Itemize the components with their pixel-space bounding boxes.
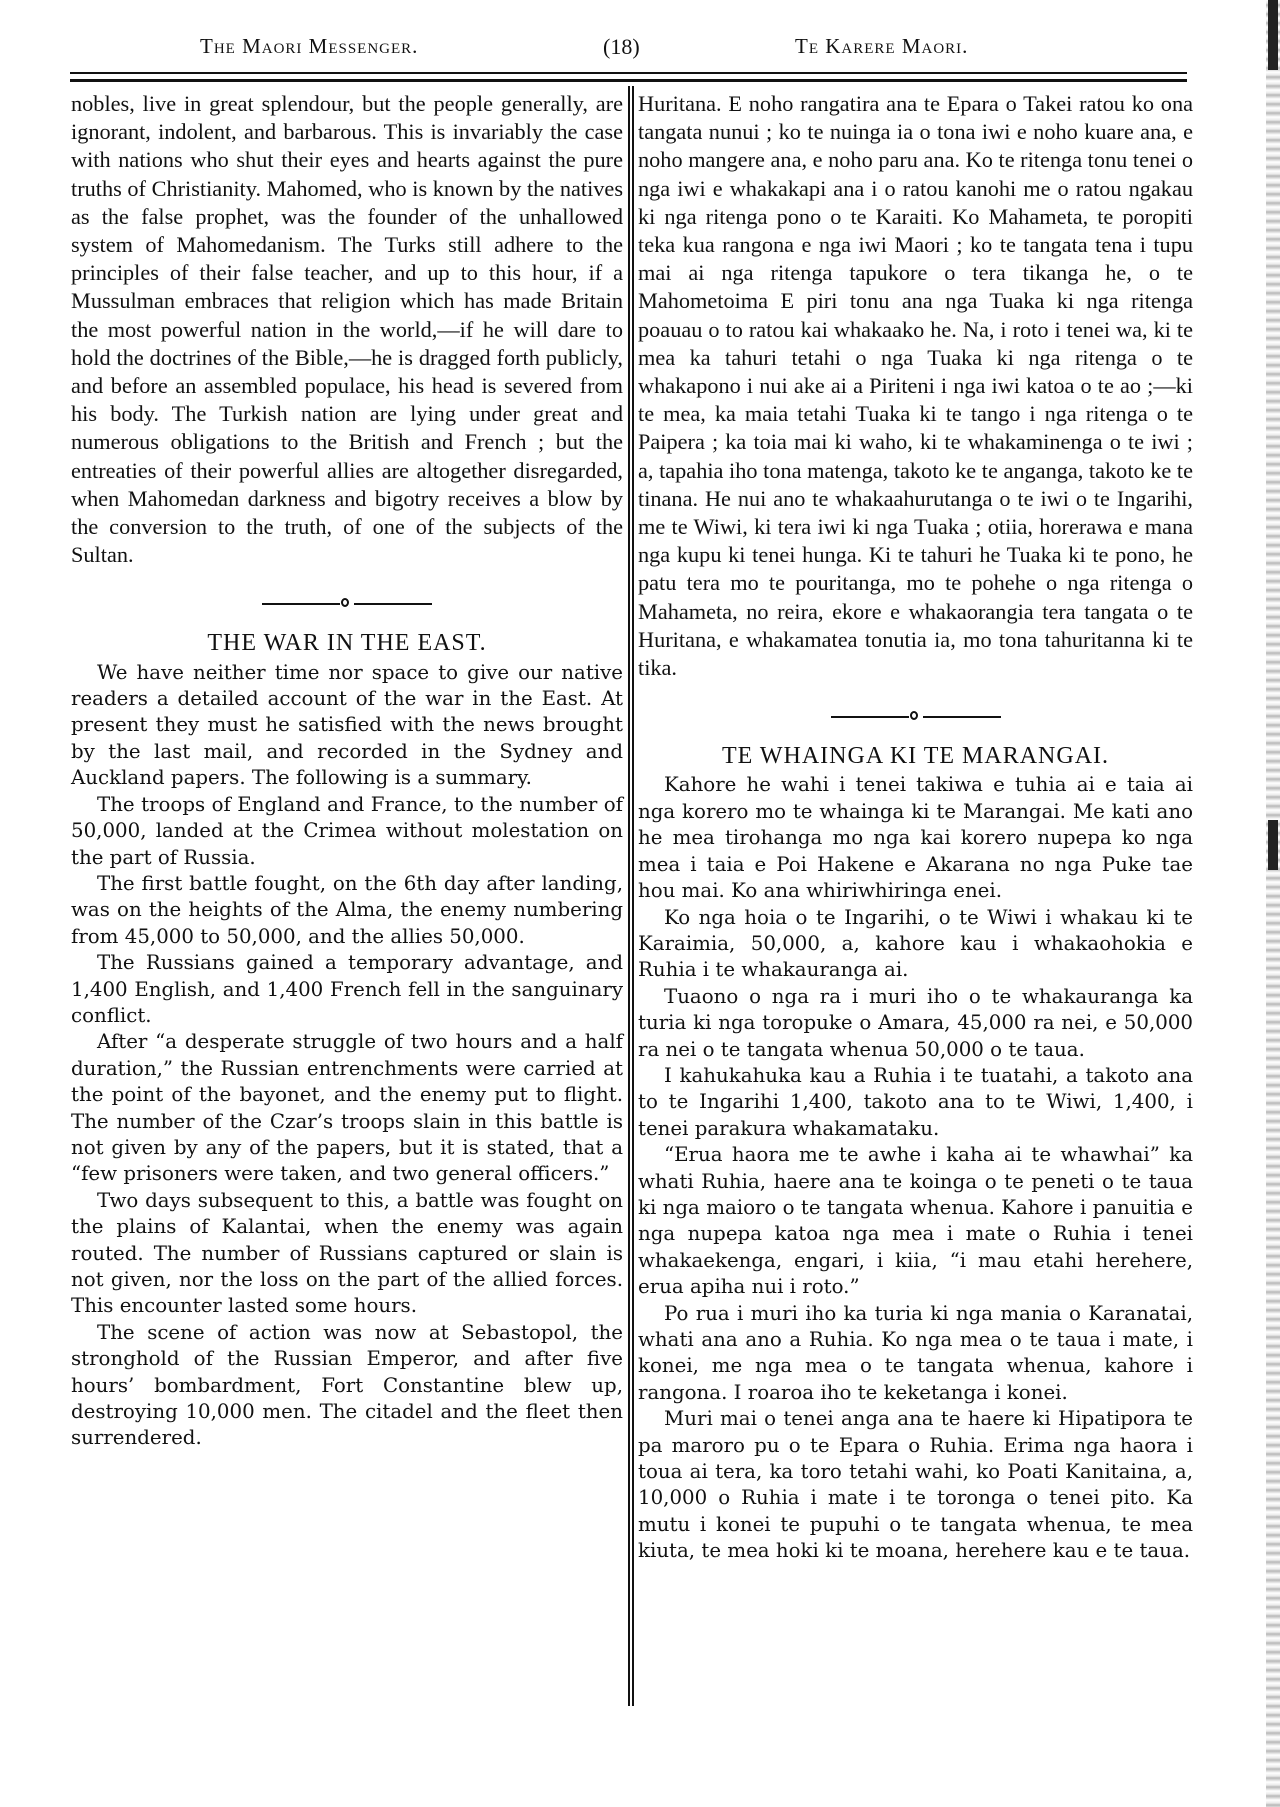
article-paragraph: We have neither time nor space to give o… (71, 660, 623, 792)
ornament-line-icon (831, 716, 909, 718)
scan-page-edge (1266, 0, 1280, 1807)
ornament-circle-icon (341, 598, 349, 607)
masthead-english: The Maori Messenger. (200, 34, 418, 59)
scan-edge-shadow (1268, 820, 1278, 870)
article-paragraph: After “a desperate struggle of two hours… (71, 1029, 623, 1187)
maori-column: Huritana. E noho rangatira ana te Epara … (638, 90, 1193, 1565)
article-paragraph: Two days subsequent to this, a battle wa… (71, 1188, 623, 1320)
ornament-line-icon (923, 716, 1001, 718)
header-rule-thin (70, 72, 1187, 74)
page-number: (18) (603, 34, 640, 60)
article-paragraph: The scene of action was now at Sebastopo… (71, 1320, 623, 1452)
column-divider (628, 86, 634, 1706)
article-paragraph: The first battle fought, on the 6th day … (71, 871, 623, 950)
masthead-maori: Te Karere Maori. (795, 34, 968, 59)
header-rule-thick (70, 79, 1187, 82)
section-title: THE WAR IN THE EAST. (71, 629, 623, 657)
article-paragraph: Po rua i muri iho ka turia ki nga mania … (638, 1301, 1193, 1407)
article-body: We have neither time nor space to give o… (71, 660, 623, 1452)
page-header: The Maori Messenger. (18) Te Karere Maor… (0, 34, 1200, 64)
ornament-circle-icon (910, 711, 918, 720)
ornament-line-icon (354, 603, 432, 605)
ornament-line-icon (262, 603, 340, 605)
article-body: Kahore he wahi i tenei takiwa e tuhia ai… (638, 772, 1193, 1564)
english-column: nobles, live in great splendour, but the… (71, 90, 623, 1452)
section-title: TE WHAINGA KI TE MARANGAI. (638, 742, 1193, 770)
continued-paragraph: nobles, live in great splendour, but the… (71, 90, 623, 569)
section-ornament (638, 702, 1193, 732)
section-ornament (71, 589, 623, 619)
article-paragraph: “Erua haora me te awhe i kaha ai te whaw… (638, 1142, 1193, 1300)
scan-edge-shadow (1268, 0, 1278, 70)
continued-paragraph: Huritana. E noho rangatira ana te Epara … (638, 90, 1193, 682)
article-paragraph: The Russians gained a temporary advantag… (71, 950, 623, 1029)
article-paragraph: I kahukahuka kau a Ruhia i te tuatahi, a… (638, 1063, 1193, 1142)
article-paragraph: Muri mai o tenei anga ana te haere ki Hi… (638, 1406, 1193, 1564)
article-paragraph: The troops of England and France, to the… (71, 792, 623, 871)
article-paragraph: Tuaono o nga ra i muri iho o te whakaura… (638, 984, 1193, 1063)
article-paragraph: Kahore he wahi i tenei takiwa e tuhia ai… (638, 772, 1193, 904)
article-paragraph: Ko nga hoia o te Ingarihi, o te Wiwi i w… (638, 905, 1193, 984)
